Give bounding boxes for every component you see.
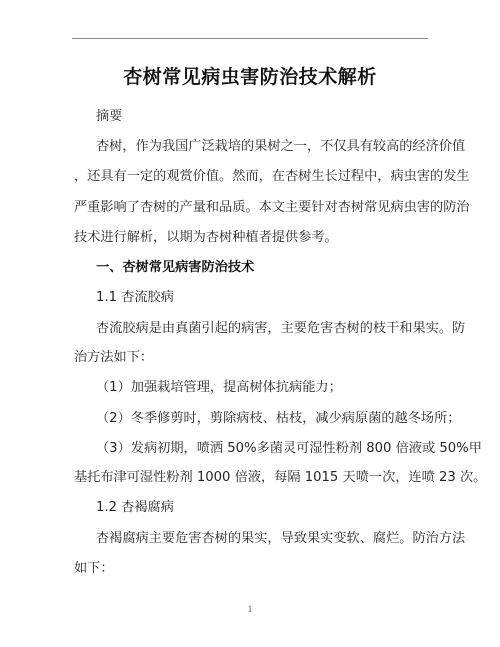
abstract-line-2: ，还具有一定的观赏价值。然而，在杏树生长过程中，病虫害的发生: [74, 168, 426, 186]
abstract-line-1: 杏树，作为我国广泛栽培的果树之一，不仅具有较高的经济价值: [74, 138, 426, 156]
list-item-1: （1）加强栽培管理，提高树体抗病能力；: [74, 379, 426, 397]
page-number: 1: [0, 604, 500, 614]
list-item-3: （3）发病初期，喷洒 50%多菌灵可湿性粉剂 800 倍液或 50%甲: [74, 440, 426, 458]
list-item-2: （2）冬季修剪时，剪除病枝、枯枝，减少病原菌的越冬场所；: [74, 410, 426, 428]
section-heading-1: 一、杏树常见病害防治技术: [74, 259, 426, 277]
abstract-heading: 摘要: [74, 108, 426, 126]
header-rule: [72, 38, 428, 39]
document-page: 杏树常见病虫害防治技术解析 摘要 杏树，作为我国广泛栽培的果树之一，不仅具有较高…: [0, 0, 500, 647]
list-item-3-continued: 基托布津可湿性粉剂 1000 倍液，每隔 1015 天喷一次，连喷 23 次。: [74, 469, 426, 487]
paragraph-line: 杏褐腐病主要危害杏树的果实，导致果实变软、腐烂。防治方法: [74, 530, 426, 548]
document-title: 杏树常见病虫害防治技术解析: [0, 62, 500, 89]
abstract-line-3: 严重影响了杏树的产量和品质。本文主要针对杏树常见病虫害的防治: [74, 199, 426, 217]
subsection-heading-1-1: 1.1 杏流胶病: [74, 289, 426, 307]
paragraph-line: 如下：: [74, 560, 426, 578]
subsection-heading-1-2: 1.2 杏褐腐病: [74, 499, 426, 517]
paragraph-line: 治方法如下：: [74, 349, 426, 367]
paragraph-line: 杏流胶病是由真菌引起的病害，主要危害杏树的枝干和果实。防: [74, 320, 426, 338]
abstract-line-4: 技术进行解析，以期为杏树种植者提供参考。: [74, 229, 426, 247]
